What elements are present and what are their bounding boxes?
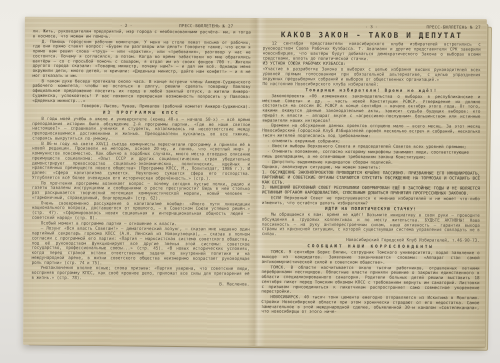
paragraph: Очень своевременно рассуждение о капитал… xyxy=(32,201,250,222)
left-page: - 2 - ПРЕСС-БЮЛЛЕТЕНЬ № 27 ли. Жить, рук… xyxy=(31,23,250,288)
left-page-header: - 2 - ПРЕСС-БЮЛЛЕТЕНЬ № 27 xyxy=(33,23,251,30)
paragraph: По прочтении программы возникает вопрос … xyxy=(32,181,250,202)
paragraph: В таком духе беседа протекала около часа… xyxy=(32,79,250,105)
paragraph: Времени на обсуждение данных проектов от… xyxy=(262,123,480,139)
paragraph: 12 сентября представители новосибирского… xyxy=(263,41,481,62)
paragraph: НОВОСИБИРСК. 40 тысяч тонн цемента ежего… xyxy=(261,295,479,316)
paragraph: Законопроекты «Об изменениях законодател… xyxy=(262,93,480,123)
right-page: - 3 - ПРЕСС-БЮЛЛЕТЕНЬ № 27 КАКОВ ЗАКОН -… xyxy=(261,24,481,316)
paragraph: Д. Помощь городским рабочим комитетам. У… xyxy=(33,39,251,79)
scanned-bulletin-spread: - 2 - ПРЕСС-БЮЛЛЕТЕНЬ № 27 ли. Жить, рук… xyxy=(0,0,500,363)
numbered-point: 1. ОБСУЖДЕНИЕ ЗАКОНОПРОЕКТОВ ПРОВОДИТСЯ … xyxy=(262,170,480,186)
paragraph: ТОМСК. В области насчитывается около тыс… xyxy=(261,265,479,295)
open-bulletin-paper: - 2 - ПРЕСС-БЮЛЛЕТЕНЬ № 27 ли. Жить, рук… xyxy=(23,17,487,347)
quote-paragraph: «Участие в разработке Закона о выборах с… xyxy=(263,67,481,83)
bulletin-title: ПРЕСС-БЮЛЛЕТЕНЬ № 27 xyxy=(179,24,233,29)
paragraph: ТОМСК. 9 сентября Борис Вялин, сотрудник… xyxy=(262,250,480,266)
bulletin-title: ПРЕСС-БЮЛЛЕТЕНЬ № 27 xyxy=(427,25,481,30)
paragraph: — Лозунг «Вся власть Советам!» — демагог… xyxy=(32,226,250,266)
page-number: - 2 - xyxy=(120,23,132,28)
right-page-header: - 3 - ПРЕСС-БЮЛЛЕТЕНЬ № 27 xyxy=(263,24,481,31)
paragraph: Мы обращаемся к вам: время не ждёт! Возь… xyxy=(262,212,480,238)
paragraph: Умозаключения вполне ясные; слова призыв… xyxy=(31,265,249,281)
paragraph: В годы моей учёбы в школе и университете… xyxy=(32,116,250,142)
byline: Говоров, Лысов, Чуваш, Привалов (рабочий… xyxy=(32,103,250,109)
signature: Новосибирский Городской Клуб Избирателей… xyxy=(262,237,480,243)
section-heading: ИЗ ПРОГРАММЫ КПСС xyxy=(32,110,250,116)
page-number: - 3 - xyxy=(365,25,377,30)
paragraph: В 86-м году на свете XXVII съезда коммун… xyxy=(32,141,250,181)
paragraph: ЕСЛИ Верховный Совет не прислушивается к… xyxy=(262,195,480,206)
article-title: КАКОВ ЗАКОН - ТАКОВ И ДЕПУТАТ xyxy=(263,31,481,41)
signature: В. Масленов. xyxy=(31,281,249,287)
